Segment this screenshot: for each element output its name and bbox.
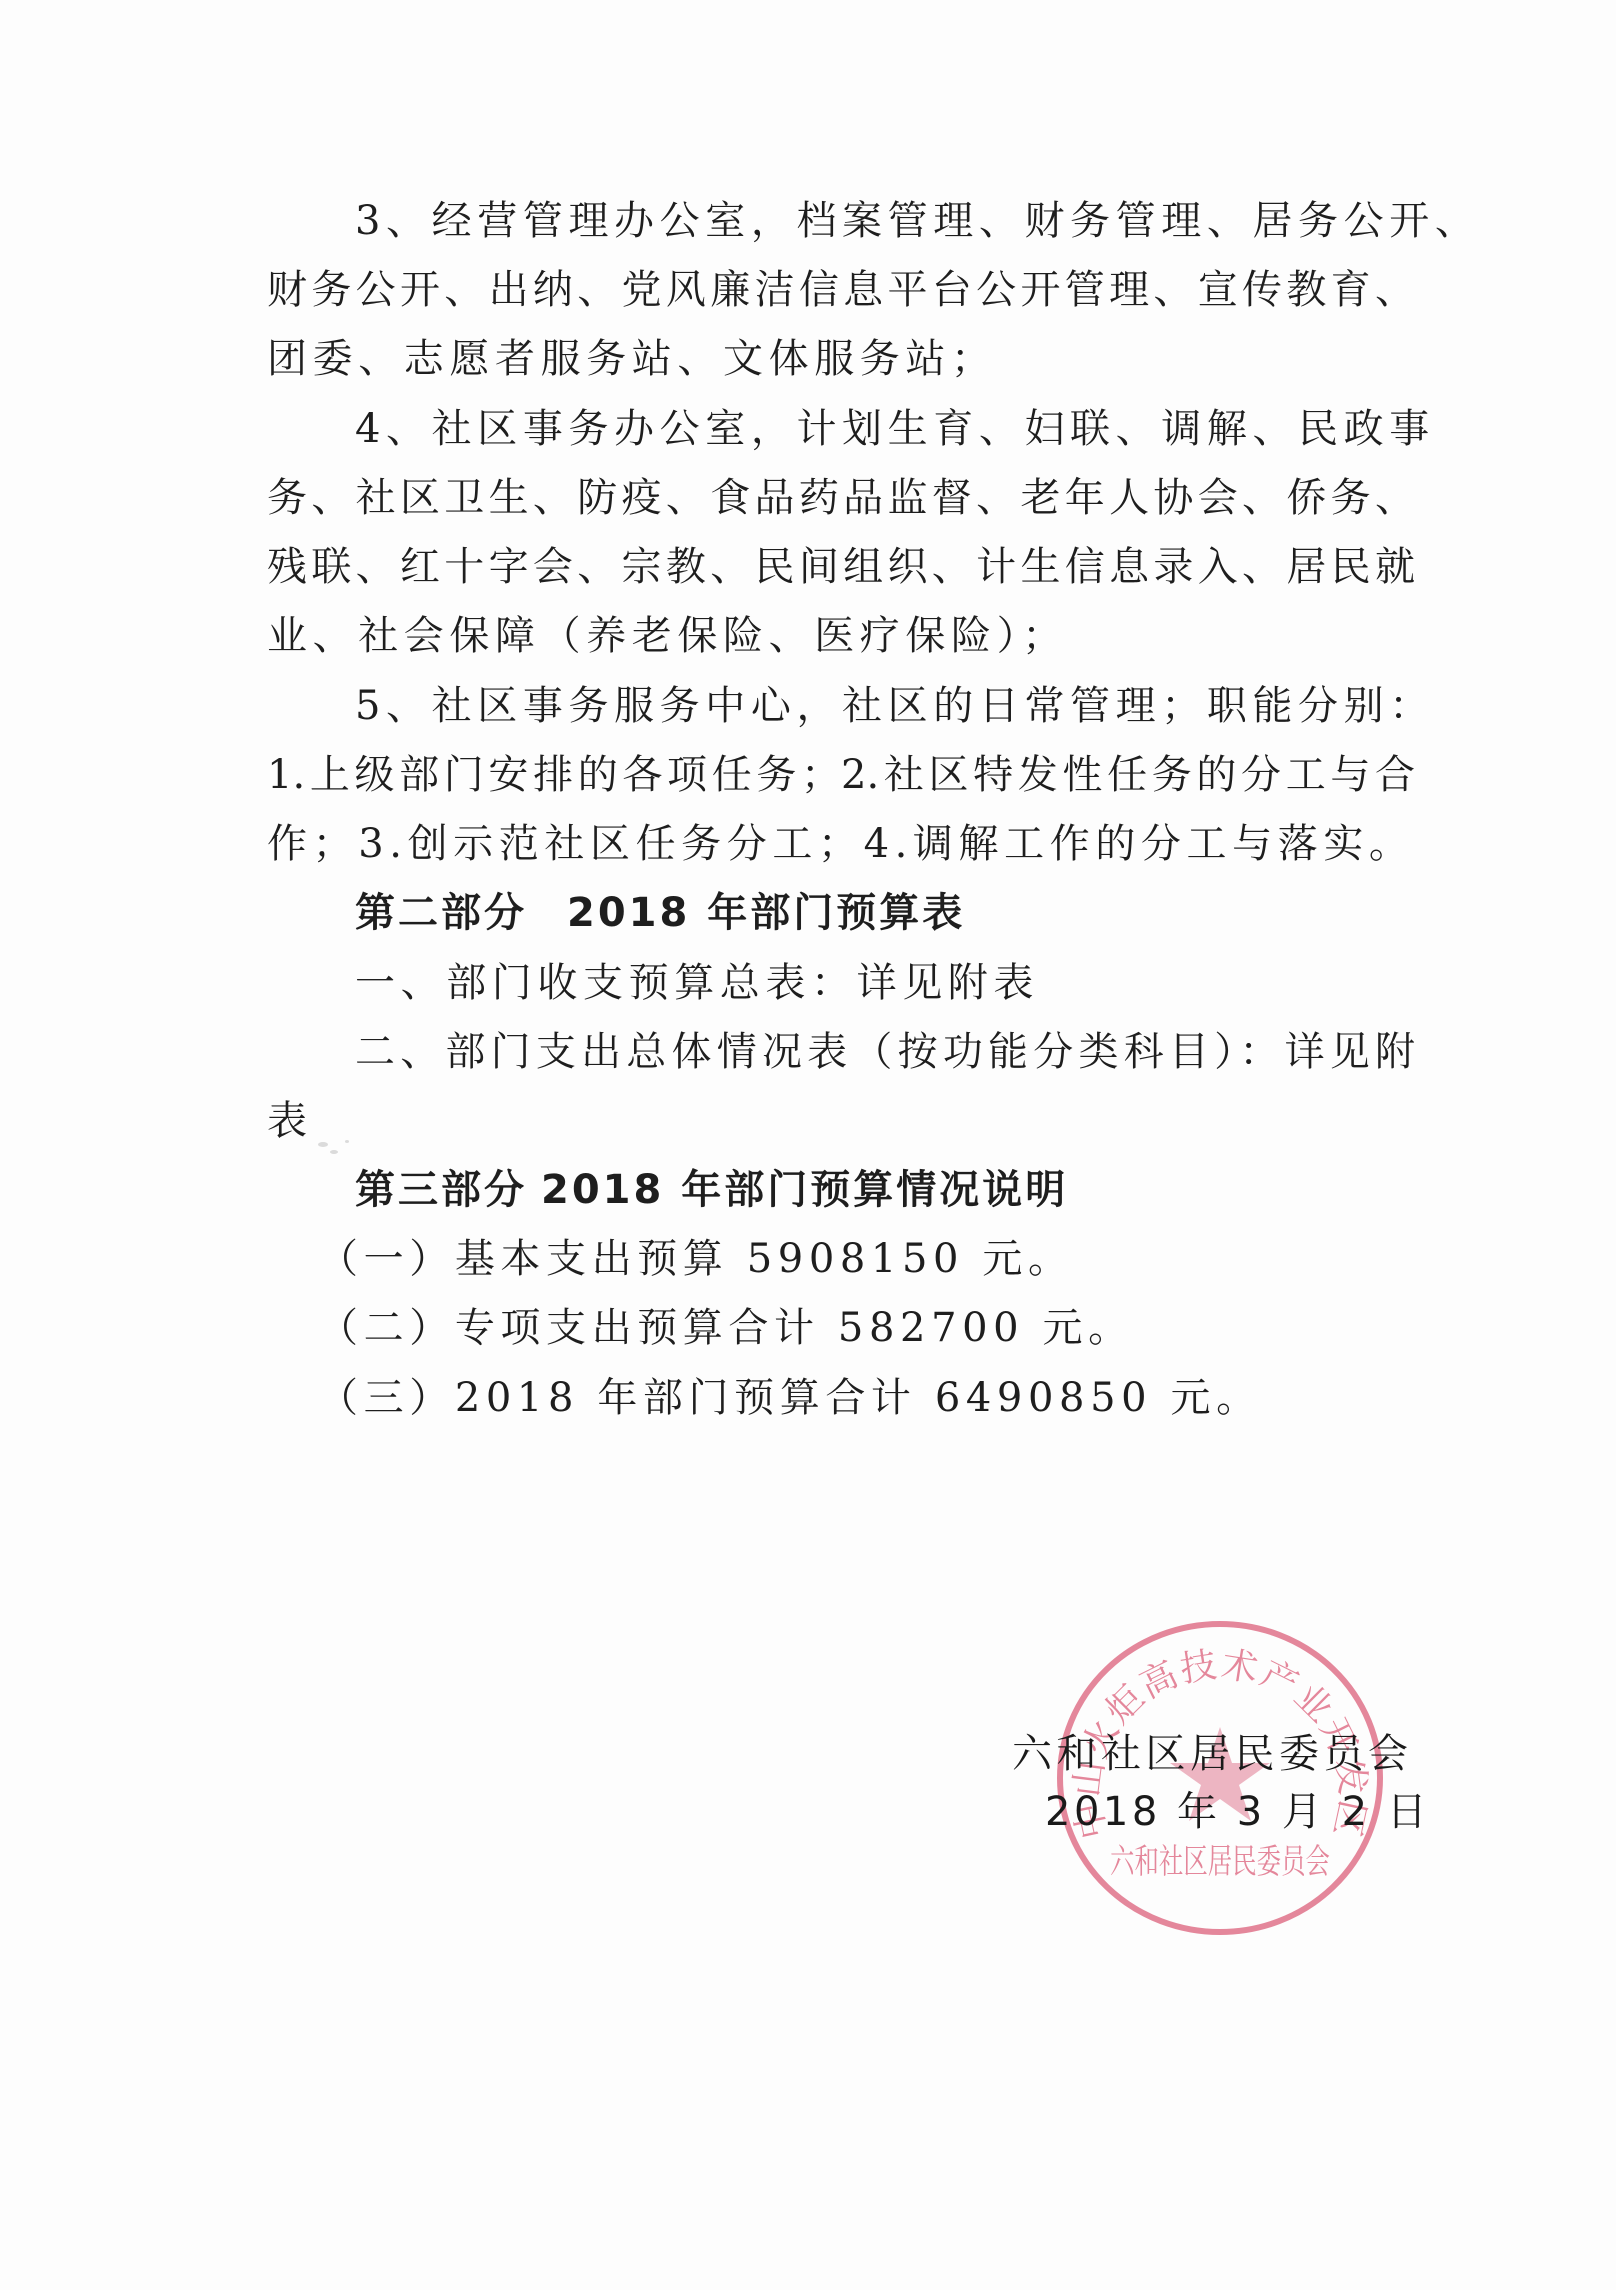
scan-artifact xyxy=(318,1142,328,1147)
paragraph-item3-line3: 团委、志愿者服务站、文体服务站； xyxy=(267,335,997,383)
paragraph-item5-line2: 1.上级部门安排的各项任务；2.社区特发性任务的分工与合 xyxy=(267,751,1415,799)
signature-date: 2018 年 3 月 2 日 xyxy=(1045,1780,1430,1837)
scan-artifact xyxy=(330,1150,338,1154)
signature-organization: 六和社区居民委员会 xyxy=(1012,1722,1413,1779)
paragraph-item5-line3: 作；3.创示范社区任务分工；4.调解工作的分工与落实。 xyxy=(267,820,1415,868)
document-page: 3、经营管理办公室，档案管理、财务管理、居务公开、 财务公开、出纳、党风廉洁信息… xyxy=(0,0,1616,2290)
part3-item3-text: 2018 年部门预算合计 6490850 元。 xyxy=(455,1375,1262,1421)
part2-item2-line1: 二、部门支出总体情况表（按功能分类科目）：详见附 xyxy=(355,1028,1415,1076)
part3-item1: （一）基本支出预算 5908150 元。 xyxy=(318,1235,1074,1283)
part3-item1-label: （一） xyxy=(318,1236,455,1282)
paragraph-item3-line1: 3、经营管理办公室，档案管理、财务管理、居务公开、 xyxy=(355,197,1480,245)
paragraph-item4-line2: 务、社区卫生、防疫、食品药品监督、老年人协会、侨务、 xyxy=(267,474,1415,522)
part3-item3-label: （三） xyxy=(318,1375,455,1421)
part3-item3: （三）2018 年部门预算合计 6490850 元。 xyxy=(318,1374,1262,1422)
part3-item2-text: 专项支出预算合计 582700 元。 xyxy=(455,1305,1134,1351)
part2-item1: 一、部门收支预算总表：详见附表 xyxy=(355,959,1039,1007)
part2-heading: 第二部分2018 年部门预算表 xyxy=(355,889,965,937)
scan-artifact xyxy=(345,1140,349,1143)
part2-heading-title: 2018 年部门预算表 xyxy=(567,890,965,936)
part3-heading-label: 第三部分 xyxy=(355,1167,527,1213)
paragraph-item4-line3: 残联、红十字会、宗教、民间组织、计生信息录入、居民就 xyxy=(267,543,1415,591)
part3-item2: （二）专项支出预算合计 582700 元。 xyxy=(318,1304,1134,1352)
paragraph-item5-line1: 5、社区事务服务中心，社区的日常管理；职能分别： xyxy=(355,682,1435,730)
stamp-center-text: 六和社区居民委员会 xyxy=(1110,1842,1330,1882)
part3-heading: 第三部分2018 年部门预算情况说明 xyxy=(355,1166,1068,1214)
part3-heading-title: 2018 年部门预算情况说明 xyxy=(541,1167,1068,1213)
part2-item2-line2: 表 xyxy=(267,1097,313,1145)
paragraph-item4-line1: 4、社区事务办公室，计划生育、妇联、调解、民政事 xyxy=(355,405,1435,453)
part3-item2-label: （二） xyxy=(318,1305,455,1351)
part3-item1-text: 基本支出预算 5908150 元。 xyxy=(455,1236,1074,1282)
paragraph-item4-line4: 业、社会保障（养老保险、医疗保险）； xyxy=(267,612,1068,660)
paragraph-item3-line2: 财务公开、出纳、党风廉洁信息平台公开管理、宣传教育、 xyxy=(267,266,1415,314)
part2-heading-label: 第二部分 xyxy=(355,890,527,936)
